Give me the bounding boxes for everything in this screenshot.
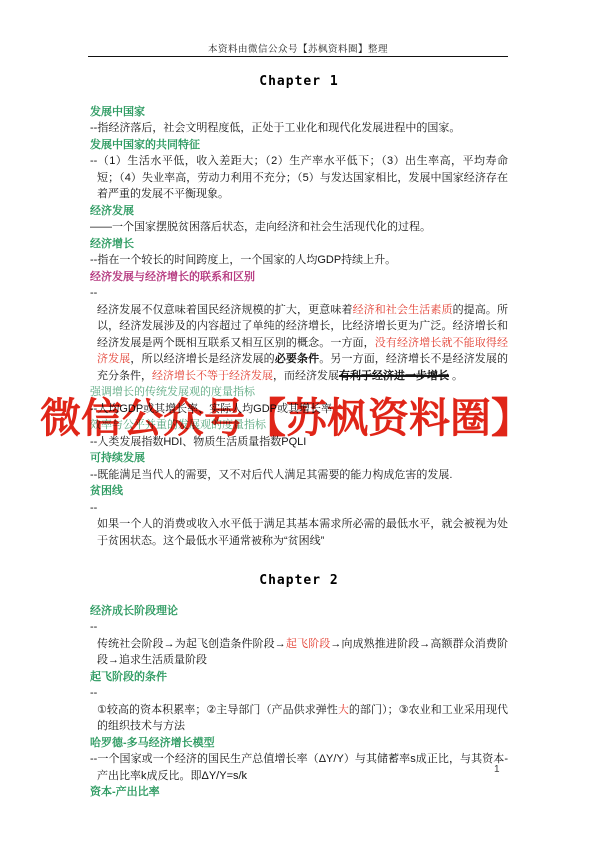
text-run: 经济发展不仅意味着国民经济规模的扩大，更意味着 bbox=[97, 304, 353, 316]
text-run: ，而经济发展 bbox=[273, 370, 339, 382]
section-heading-green: 起飞阶段的条件 bbox=[90, 669, 508, 686]
text-run: 如果一个人的消费或收入水平低于满足其基本需求所必需的最低水平，就会被视为处于贫困… bbox=[97, 518, 508, 547]
header-rule bbox=[88, 56, 508, 57]
paragraph: ——一个国家摆脱贫困落后状态，走向经济和社会生活现代化的过程。 bbox=[90, 219, 508, 236]
section-heading-green: 经济发展 bbox=[90, 203, 508, 220]
text-run: --既能满足当代人的需要，又不对后代人满足其需要的能力构成危害的发展. bbox=[90, 469, 452, 481]
section-heading-green: 贫困线 bbox=[90, 483, 508, 500]
text-run-red: 起飞阶段 bbox=[286, 638, 331, 650]
paragraph: 经济发展不仅意味着国民经济规模的扩大，更意味着经济和社会生活素质的提高。所以，经… bbox=[90, 302, 508, 385]
paragraph: --（1）生活水平低，收入差距大；（2）生产率水平低下；（3）出生率高，平均寿命… bbox=[90, 153, 508, 203]
text-run: -- bbox=[90, 287, 97, 299]
text-run: ①较高的资本积累率；②主导部门（产品供求弹性 bbox=[97, 704, 338, 716]
paragraph: -- bbox=[90, 619, 508, 636]
text-run: --指经济落后，社会文明程度低，正处于工业化和现代化发展进程中的国家。 bbox=[90, 122, 460, 134]
page-header-text: 本资料由微信公众号【苏枫资料圈】整理 bbox=[88, 41, 508, 55]
section-heading-green: 发展中国家的共同特征 bbox=[90, 137, 508, 154]
text-run: 传统社会阶段→为起飞创造条件阶段→ bbox=[97, 638, 286, 650]
text-run-red: 经济增长不等于经济发展 bbox=[152, 370, 273, 382]
text-run: ，所以经济增长是经济发展的 bbox=[130, 353, 274, 365]
document-page: 本资料由微信公众号【苏枫资料圈】整理 Chapter 1发展中国家--指经济落后… bbox=[0, 0, 595, 841]
section-heading-green: 经济增长 bbox=[90, 236, 508, 253]
page-number: 1 bbox=[494, 764, 500, 775]
watermark-text: 微信公众号【苏枫资料圈】 bbox=[40, 394, 532, 442]
text-run: --指在一个较长的时间跨度上，一个国家的人均GDP持续上升。 bbox=[90, 254, 396, 266]
text-run-red: 经济和社会生活素质 bbox=[353, 304, 453, 316]
paragraph: -- bbox=[90, 285, 508, 302]
paragraph: --既能满足当代人的需要，又不对后代人满足其需要的能力构成危害的发展. bbox=[90, 467, 508, 484]
text-run-boldstrike: 有利于经济进一步增长 bbox=[339, 370, 449, 382]
text-run: 。 bbox=[449, 370, 463, 382]
section-heading-green: 经济成长阶段理论 bbox=[90, 603, 508, 620]
section-heading-magenta: 经济发展与经济增长的联系和区别 bbox=[90, 269, 508, 286]
paragraph: 如果一个人的消费或收入水平低于满足其基本需求所必需的最低水平，就会被视为处于贫困… bbox=[90, 516, 508, 549]
text-run: --一个国家或一个经济的国民生产总值增长率（ΔY/Y）与其储蓄率s成正比，与其资… bbox=[90, 753, 508, 782]
text-run-red: 大 bbox=[338, 704, 349, 716]
section-heading-green: 可持续发展 bbox=[90, 450, 508, 467]
section-heading-green: 资本-产出比率 bbox=[90, 784, 508, 801]
text-run-bold: 必要条件 bbox=[275, 353, 319, 365]
chapter-title: Chapter 1 bbox=[90, 74, 508, 91]
paragraph: --指在一个较长的时间跨度上，一个国家的人均GDP持续上升。 bbox=[90, 252, 508, 269]
text-run: -- bbox=[90, 502, 97, 514]
paragraph: --指经济落后，社会文明程度低，正处于工业化和现代化发展进程中的国家。 bbox=[90, 120, 508, 137]
text-run: ——一个国家摆脱贫困落后状态，走向经济和社会生活现代化的过程。 bbox=[90, 221, 431, 233]
text-run: -- bbox=[90, 687, 97, 699]
section-heading-green: 哈罗德-多马经济增长模型 bbox=[90, 735, 508, 752]
text-run: -- bbox=[90, 621, 97, 633]
text-run: --（1）生活水平低，收入差距大；（2）生产率水平低下；（3）出生率高，平均寿命… bbox=[90, 155, 508, 200]
chapter-title: Chapter 2 bbox=[90, 573, 508, 590]
paragraph: -- bbox=[90, 685, 508, 702]
paragraph: -- bbox=[90, 500, 508, 517]
paragraph: --一个国家或一个经济的国民生产总值增长率（ΔY/Y）与其储蓄率s成正比，与其资… bbox=[90, 751, 508, 784]
paragraph: 传统社会阶段→为起飞创造条件阶段→起飞阶段→向成熟推进阶段→高额群众消费阶段→追… bbox=[90, 636, 508, 669]
section-heading-green: 发展中国家 bbox=[90, 104, 508, 121]
paragraph: ①较高的资本积累率；②主导部门（产品供求弹性大的部门）；③农业和工业采用现代的组… bbox=[90, 702, 508, 735]
